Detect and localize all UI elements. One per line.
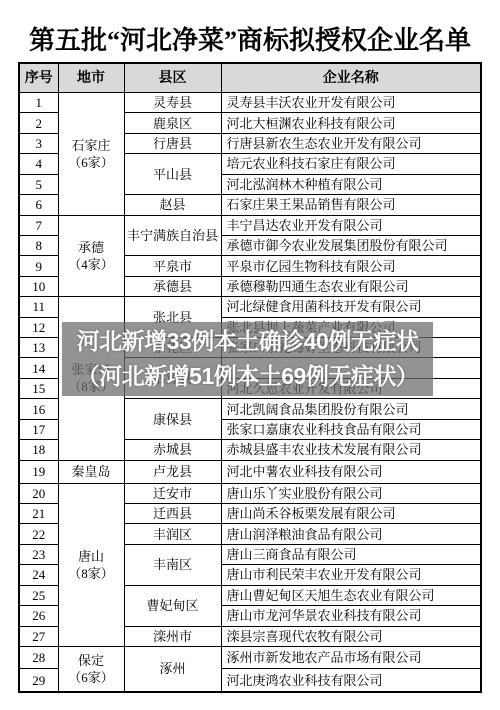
overlay-headline-line1: 河北新增33例本土确诊40例无症状: [77, 324, 419, 359]
company-cell: 河北中薯农业科技有限公司: [221, 460, 481, 483]
county-cell: 丰润区: [124, 524, 221, 544]
table-header: 序号 地市 县区 企业名称: [19, 63, 481, 93]
col-header-city: 地市: [58, 63, 124, 93]
seq-cell: 14: [19, 358, 58, 378]
city-name: 石家庄: [59, 137, 124, 154]
county-cell: 康保县: [124, 399, 221, 440]
seq-cell: 27: [19, 626, 58, 646]
county-cell: 赤城县: [124, 440, 221, 460]
company-cell: 滦县宗喜现代农牧有限公司: [221, 626, 481, 646]
seq-cell: 25: [19, 585, 58, 605]
city-count: （4家）: [59, 256, 124, 273]
company-cell: 河北大桓渊农业科技有限公司: [221, 113, 481, 133]
company-cell: 平泉市亿园生物科技有限公司: [221, 256, 481, 276]
city-count: （6家）: [59, 669, 124, 686]
seq-cell: 15: [19, 378, 58, 398]
table-row: 11张家口（8家）张北县河北绿健食用菌科技开发有限公司: [19, 297, 481, 317]
company-cell: 唐山市龙河华景农业科技有限公司: [221, 606, 481, 626]
county-cell: 迁西县: [124, 503, 221, 523]
city-cell: 承德（4家）: [58, 215, 124, 297]
company-cell: 赤城县盛丰农业技术发展有限公司: [221, 440, 481, 460]
county-cell: 涿州: [124, 646, 221, 692]
company-cell: 唐山尚禾谷板栗发展有限公司: [221, 503, 481, 523]
company-cell: 行唐县新农生态农业开发有限公司: [221, 133, 481, 153]
seq-cell: 22: [19, 524, 58, 544]
company-cell: 唐山润泽粮油食品有限公司: [221, 524, 481, 544]
seq-cell: 26: [19, 606, 58, 626]
city-name: 秦皇岛: [59, 463, 124, 480]
county-cell: 赵县: [124, 195, 221, 215]
seq-cell: 9: [19, 256, 58, 276]
seq-cell: 7: [19, 215, 58, 235]
city-count: （6家）: [59, 154, 124, 171]
county-cell: 平山县: [124, 154, 221, 195]
county-cell: 曹妃甸区: [124, 585, 221, 626]
company-cell: 灵寿县丰沃农业开发有限公司: [221, 93, 481, 113]
seq-cell: 20: [19, 483, 58, 503]
seq-cell: 8: [19, 235, 58, 255]
county-cell: 丰南区: [124, 544, 221, 585]
county-cell: 卢龙县: [124, 460, 221, 483]
seq-cell: 3: [19, 133, 58, 153]
seq-cell: 5: [19, 174, 58, 194]
county-cell: 鹿泉区: [124, 113, 221, 133]
news-overlay: 河北新增33例本土确诊40例无症状 （河北新增51例本土69例无症状）: [62, 322, 433, 396]
company-cell: 河北绿健食用菌科技开发有限公司: [221, 297, 481, 317]
table-row: 20唐山（8家）迁安市唐山乐丫实业股份有限公司: [19, 483, 481, 503]
company-cell: 张家口嘉康农业科技食品有限公司: [221, 419, 481, 439]
seq-cell: 6: [19, 195, 58, 215]
col-header-county: 县区: [124, 63, 221, 93]
table-row: 1石家庄（6家）灵寿县灵寿县丰沃农业开发有限公司: [19, 93, 481, 113]
seq-cell: 17: [19, 419, 58, 439]
page: 第五批“河北净菜”商标拟授权企业名单 序号 地市 县区 企业名称 1石家庄（6家…: [0, 0, 500, 710]
company-cell: 石家庄果王果品销售有限公司: [221, 195, 481, 215]
seq-cell: 16: [19, 399, 58, 419]
company-cell: 涿州市新发地农产品市场有限公司: [221, 646, 481, 668]
county-cell: 丰宁满族自治县: [124, 215, 221, 256]
county-cell: 平泉市: [124, 256, 221, 276]
company-cell: 丰宁昌达农业开发有限公司: [221, 215, 481, 235]
seq-cell: 12: [19, 317, 58, 337]
county-cell: 灵寿县: [124, 93, 221, 113]
county-cell: 行唐县: [124, 133, 221, 153]
city-cell: 保定（6家）: [58, 646, 124, 692]
table-row: 7承德（4家）丰宁满族自治县丰宁昌达农业开发有限公司: [19, 215, 481, 235]
page-title: 第五批“河北净菜”商标拟授权企业名单: [0, 24, 500, 58]
city-name: 承德: [59, 239, 124, 256]
col-header-company: 企业名称: [221, 63, 481, 93]
city-cell: 秦皇岛: [58, 460, 124, 483]
county-cell: 滦州市: [124, 626, 221, 646]
company-cell: 河北泓润林木种植有限公司: [221, 174, 481, 194]
city-name: 保定: [59, 652, 124, 669]
city-count: （8家）: [59, 565, 124, 582]
company-cell: 培元农业科技石家庄有限公司: [221, 154, 481, 174]
table-row: 28保定（6家）涿州涿州市新发地农产品市场有限公司: [19, 646, 481, 668]
city-cell: 石家庄（6家）: [58, 93, 124, 216]
seq-cell: 18: [19, 440, 58, 460]
seq-cell: 11: [19, 297, 58, 317]
company-cell: 河北庚鸿农业科技有限公司: [221, 669, 481, 692]
seq-cell: 21: [19, 503, 58, 523]
seq-cell: 28: [19, 646, 58, 668]
header-row: 序号 地市 县区 企业名称: [19, 63, 481, 93]
county-cell: 承德县: [124, 276, 221, 296]
company-cell: 唐山曹妃甸区天旭生态农业有限公司: [221, 585, 481, 605]
company-cell: 承德市御今农业发展集团股份有限公司: [221, 235, 481, 255]
seq-cell: 1: [19, 93, 58, 113]
table-row: 19秦皇岛卢龙县河北中薯农业科技有限公司: [19, 460, 481, 483]
seq-cell: 29: [19, 669, 58, 692]
seq-cell: 4: [19, 154, 58, 174]
company-cell: 唐山乐丫实业股份有限公司: [221, 483, 481, 503]
company-cell: 承德穆勒四通生态农业有限公司: [221, 276, 481, 296]
seq-cell: 2: [19, 113, 58, 133]
company-cell: 唐山三商食品有限公司: [221, 544, 481, 564]
seq-cell: 13: [19, 338, 58, 358]
city-cell: 唐山（8家）: [58, 483, 124, 646]
col-header-seq: 序号: [19, 63, 58, 93]
seq-cell: 10: [19, 276, 58, 296]
overlay-headline-line2: （河北新增51例本土69例无症状）: [77, 359, 419, 394]
company-cell: 唐山市利民荣丰农业开发有限公司: [221, 565, 481, 585]
seq-cell: 24: [19, 565, 58, 585]
seq-cell: 23: [19, 544, 58, 564]
seq-cell: 19: [19, 460, 58, 483]
company-cell: 河北凯阔食品集团股份有限公司: [221, 399, 481, 419]
city-name: 唐山: [59, 548, 124, 565]
county-cell: 迁安市: [124, 483, 221, 503]
